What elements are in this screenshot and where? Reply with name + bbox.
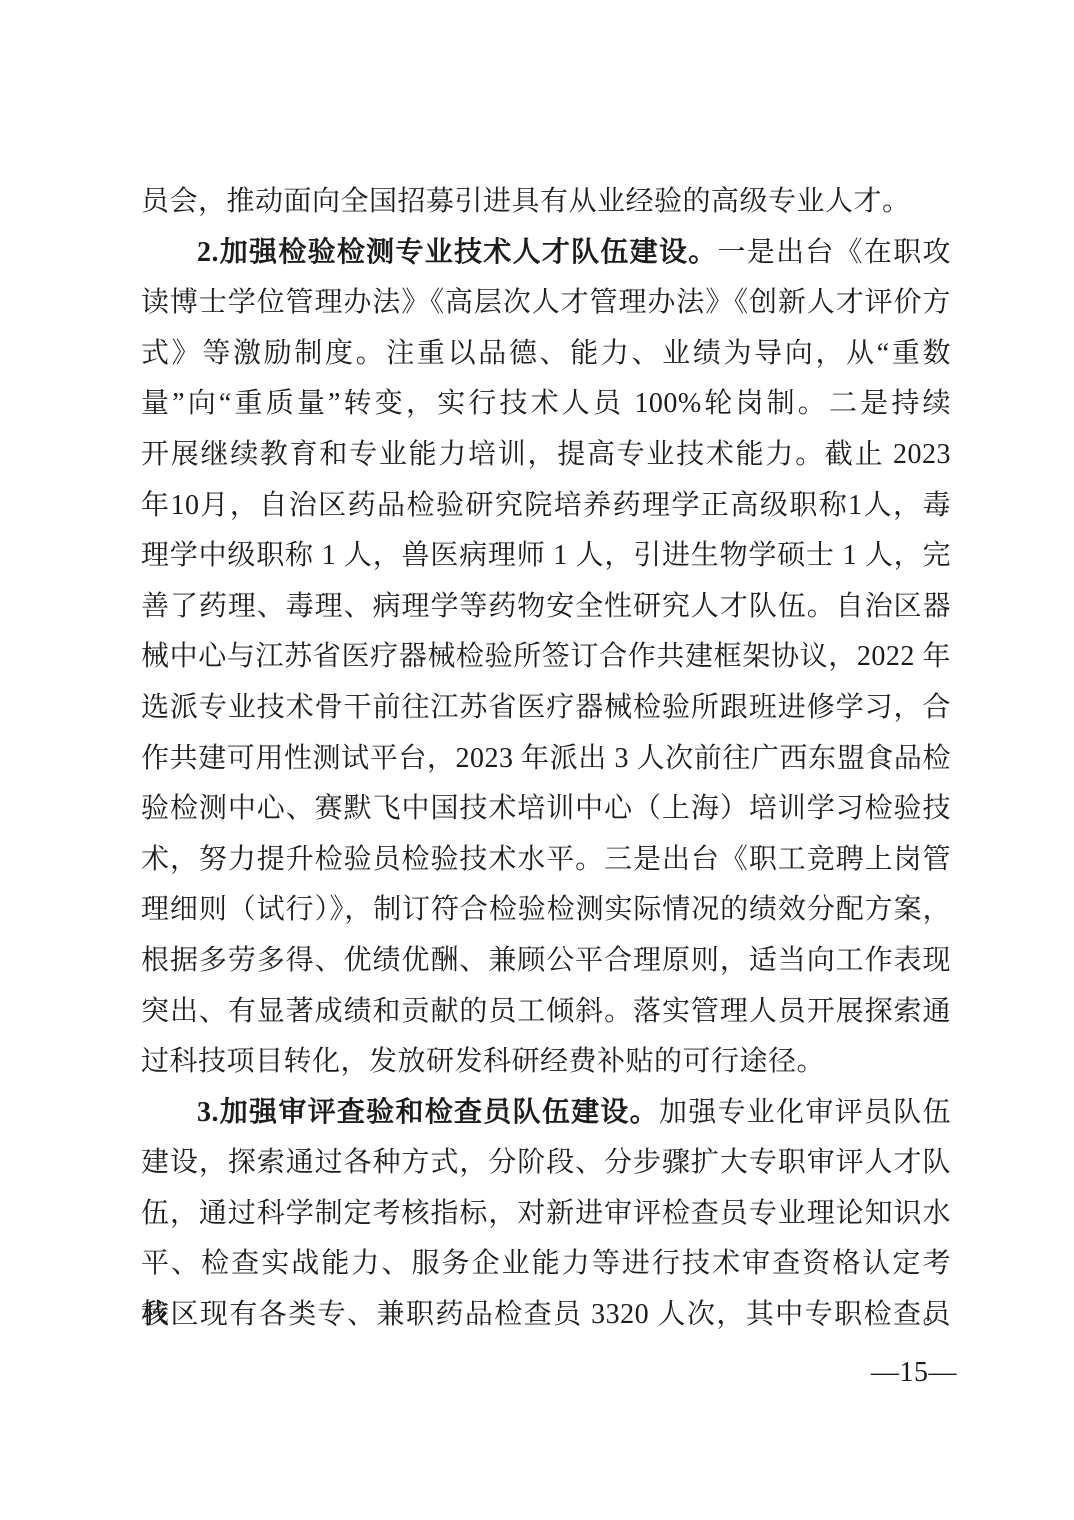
text-run: 建设，探索通过各种方式，分阶段、分步骤扩大专职审评人才队 — [141, 1147, 951, 1178]
text-run: 一是出台《在职攻 — [718, 237, 951, 268]
text-line: 我区现有各类专、兼职药品检查员 3320 人次，其中专职检查员 — [141, 1290, 951, 1341]
text-line: 建设，探索通过各种方式，分阶段、分步骤扩大专职审评人才队 — [141, 1138, 951, 1189]
text-run: 理细则（试行）》，制订符合检验检测实际情况的绩效分配方案， — [141, 894, 951, 925]
text-run: 作共建可用性测试平台，2023 年派出 3 人次前往广西东盟食品检 — [141, 743, 951, 774]
text-line: 选派专业技术骨干前往江苏省医疗器械检验所跟班进修学习，合 — [141, 683, 951, 734]
text-run: 读博士学位管理办法》《高层次人才管理办法》《创新人才评价方 — [141, 287, 951, 318]
text-line: 读博士学位管理办法》《高层次人才管理办法》《创新人才评价方 — [141, 278, 951, 329]
document-body: 员会，推动面向全国招募引进具有从业经验的高级专业人才。2.加强检验检测专业技术人… — [141, 177, 951, 1341]
text-line: 平、检查实战能力、服务企业能力等进行技术审查资格认定考核。 — [141, 1239, 951, 1290]
text-run: 量”向“重质量”转变，实行技术人员 100%轮岗制。二是持续 — [141, 388, 951, 419]
text-run: 伍，通过科学制定考核指标，对新进审评检查员专业理论知识水 — [141, 1198, 951, 1229]
text-run: 理学中级职称 1 人，兽医病理师 1 人，引进生物学硕士 1 人，完 — [141, 540, 951, 571]
text-run: 式》等激励制度。注重以品德、能力、业绩为导向，从“重数 — [141, 338, 951, 369]
text-run: 械中心与江苏省医疗器械检验所签订合作共建框架协议，2022 年 — [141, 641, 951, 672]
text-run: 选派专业技术骨干前往江苏省医疗器械检验所跟班进修学习，合 — [141, 692, 951, 723]
text-line: 员会，推动面向全国招募引进具有从业经验的高级专业人才。 — [141, 177, 951, 228]
text-line: 验检测中心、赛默飞中国技术培训中心（上海）培训学习检验技 — [141, 784, 951, 835]
text-line: 2.加强检验检测专业技术人才队伍建设。一是出台《在职攻 — [141, 228, 951, 279]
text-run: 验检测中心、赛默飞中国技术培训中心（上海）培训学习检验技 — [141, 793, 951, 824]
text-run: 我区现有各类专、兼职药品检查员 3320 人次，其中专职检查员 — [141, 1299, 951, 1330]
text-line: 伍，通过科学制定考核指标，对新进审评检查员专业理论知识水 — [141, 1189, 951, 1240]
text-line: 开展继续教育和专业能力培训，提高专业技术能力。截止 2023 — [141, 430, 951, 481]
text-run: 开展继续教育和专业能力培训，提高专业技术能力。截止 2023 — [141, 439, 951, 470]
text-run: 突出、有显著成绩和贡献的员工倾斜。落实管理人员开展探索通 — [141, 996, 951, 1027]
text-line: 突出、有显著成绩和贡献的员工倾斜。落实管理人员开展探索通 — [141, 987, 951, 1038]
text-line: 3.加强审评查验和检查员队伍建设。加强专业化审评员队伍 — [141, 1088, 951, 1139]
text-line: 术，努力提升检验员检验技术水平。三是出台《职工竞聘上岗管 — [141, 835, 951, 886]
document-page: 员会，推动面向全国招募引进具有从业经验的高级专业人才。2.加强检验检测专业技术人… — [0, 0, 1074, 1520]
text-run: 善了药理、毒理、病理学等药物安全性研究人才队伍。自治区器 — [141, 591, 951, 622]
text-run: 过科技项目转化，发放研发科研经费补贴的可行途径。 — [141, 1046, 825, 1077]
text-line: 量”向“重质量”转变，实行技术人员 100%轮岗制。二是持续 — [141, 379, 951, 430]
text-line: 年10月，自治区药品检验研究院培养药理学正高级职称1人，毒 — [141, 481, 951, 532]
text-run: 加强专业化审评员队伍 — [659, 1097, 951, 1128]
text-line: 作共建可用性测试平台，2023 年派出 3 人次前往广西东盟食品检 — [141, 734, 951, 785]
bold-text-run: 3.加强审评查验和检查员队伍建设。 — [197, 1097, 659, 1128]
text-line: 械中心与江苏省医疗器械检验所签订合作共建框架协议，2022 年 — [141, 632, 951, 683]
text-run: 根据多劳多得、优绩优酬、兼顾公平合理原则，适当向工作表现 — [141, 945, 951, 976]
page-number: —15— — [871, 1356, 957, 1390]
text-line: 善了药理、毒理、病理学等药物安全性研究人才队伍。自治区器 — [141, 582, 951, 633]
text-run: 术，努力提升检验员检验技术水平。三是出台《职工竞聘上岗管 — [141, 844, 951, 875]
text-run: 年10月，自治区药品检验研究院培养药理学正高级职称1人，毒 — [141, 490, 951, 521]
bold-text-run: 2.加强检验检测专业技术人才队伍建设。 — [197, 237, 718, 268]
text-line: 过科技项目转化，发放研发科研经费补贴的可行途径。 — [141, 1037, 951, 1088]
text-run: 员会，推动面向全国招募引进具有从业经验的高级专业人才。 — [141, 186, 911, 217]
text-line: 根据多劳多得、优绩优酬、兼顾公平合理原则，适当向工作表现 — [141, 936, 951, 987]
text-line: 理细则（试行）》，制订符合检验检测实际情况的绩效分配方案， — [141, 885, 951, 936]
text-line: 式》等激励制度。注重以品德、能力、业绩为导向，从“重数 — [141, 329, 951, 380]
text-line: 理学中级职称 1 人，兽医病理师 1 人，引进生物学硕士 1 人，完 — [141, 531, 951, 582]
